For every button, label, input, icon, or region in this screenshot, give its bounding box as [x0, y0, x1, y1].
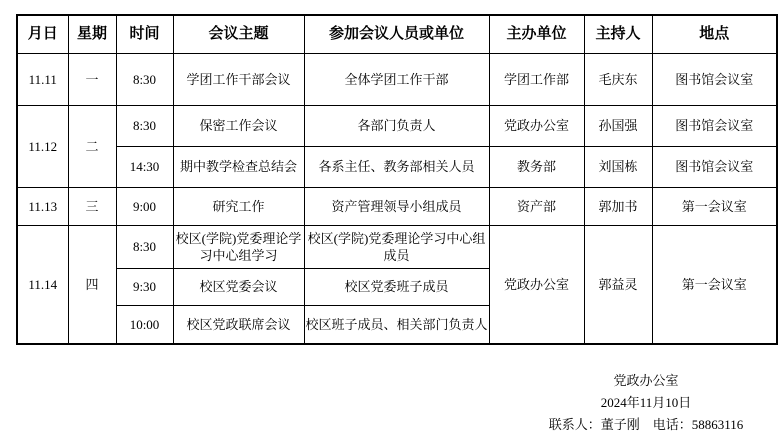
host-cell: 郭加书	[584, 187, 652, 225]
host-cell: 孙国强	[584, 105, 652, 146]
time-cell: 8:30	[116, 53, 173, 105]
organizer-cell: 资产部	[489, 187, 584, 225]
topic-cell: 期中教学检查总结会	[173, 146, 304, 187]
host-cell: 刘国栋	[584, 146, 652, 187]
location-cell: 图书馆会议室	[652, 146, 777, 187]
header-location: 地点	[652, 15, 777, 53]
date-cell: 11.13	[17, 187, 68, 225]
time-cell: 10:00	[116, 305, 173, 344]
time-cell: 8:30	[116, 105, 173, 146]
weekday-cell: 二	[68, 105, 116, 187]
time-cell: 14:30	[116, 146, 173, 187]
topic-cell: 保密工作会议	[173, 105, 304, 146]
signature-office: 党政办公室	[516, 370, 776, 392]
weekday-cell: 四	[68, 225, 116, 344]
location-cell: 图书馆会议室	[652, 53, 777, 105]
date-cell: 11.11	[17, 53, 68, 105]
header-host: 主持人	[584, 15, 652, 53]
table-row: 14:30 期中教学检查总结会 各系主任、教务部相关人员 教务部 刘国栋 图书馆…	[17, 146, 777, 187]
attendees-cell: 各部门负责人	[304, 105, 489, 146]
meeting-schedule-table: 月日 星期 时间 会议主题 参加会议人员或单位 主办单位 主持人 地点 11.1…	[16, 14, 778, 345]
date-cell: 11.12	[17, 105, 68, 187]
topic-cell: 学团工作干部会议	[173, 53, 304, 105]
header-attendees: 参加会议人员或单位	[304, 15, 489, 53]
weekday-cell: 一	[68, 53, 116, 105]
organizer-cell: 学团工作部	[489, 53, 584, 105]
location-cell: 图书馆会议室	[652, 105, 777, 146]
location-cell: 第一会议室	[652, 225, 777, 344]
signature-date: 2024年11月10日	[516, 392, 776, 414]
time-cell: 8:30	[116, 225, 173, 268]
table-row: 11.11 一 8:30 学团工作干部会议 全体学团工作干部 学团工作部 毛庆东…	[17, 53, 777, 105]
location-cell: 第一会议室	[652, 187, 777, 225]
topic-cell: 校区(学院)党委理论学习中心组学习	[173, 225, 304, 268]
host-cell: 毛庆东	[584, 53, 652, 105]
attendees-cell: 资产管理领导小组成员	[304, 187, 489, 225]
attendees-cell: 校区(学院)党委理论学习中心组成员	[304, 225, 489, 268]
time-cell: 9:30	[116, 268, 173, 305]
attendees-cell: 校区党委班子成员	[304, 268, 489, 305]
weekday-cell: 三	[68, 187, 116, 225]
attendees-cell: 全体学团工作干部	[304, 53, 489, 105]
time-cell: 9:00	[116, 187, 173, 225]
table-row: 11.12 二 8:30 保密工作会议 各部门负责人 党政办公室 孙国强 图书馆…	[17, 105, 777, 146]
table-row: 11.14 四 8:30 校区(学院)党委理论学习中心组学习 校区(学院)党委理…	[17, 225, 777, 268]
organizer-cell: 党政办公室	[489, 225, 584, 344]
attendees-cell: 校区班子成员、相关部门负责人	[304, 305, 489, 344]
host-cell: 郭益灵	[584, 225, 652, 344]
organizer-cell: 教务部	[489, 146, 584, 187]
table-header-row: 月日 星期 时间 会议主题 参加会议人员或单位 主办单位 主持人 地点	[17, 15, 777, 53]
header-date: 月日	[17, 15, 68, 53]
table-row: 11.13 三 9:00 研究工作 资产管理领导小组成员 资产部 郭加书 第一会…	[17, 187, 777, 225]
header-topic: 会议主题	[173, 15, 304, 53]
date-cell: 11.14	[17, 225, 68, 344]
signature-block: 党政办公室 2024年11月10日 联系人：董子刚 电话：58863116	[516, 370, 776, 436]
topic-cell: 校区党委会议	[173, 268, 304, 305]
topic-cell: 校区党政联席会议	[173, 305, 304, 344]
attendees-cell: 各系主任、教务部相关人员	[304, 146, 489, 187]
signature-contact: 联系人：董子刚 电话：58863116	[516, 414, 776, 436]
header-weekday: 星期	[68, 15, 116, 53]
header-organizer: 主办单位	[489, 15, 584, 53]
topic-cell: 研究工作	[173, 187, 304, 225]
header-time: 时间	[116, 15, 173, 53]
organizer-cell: 党政办公室	[489, 105, 584, 146]
